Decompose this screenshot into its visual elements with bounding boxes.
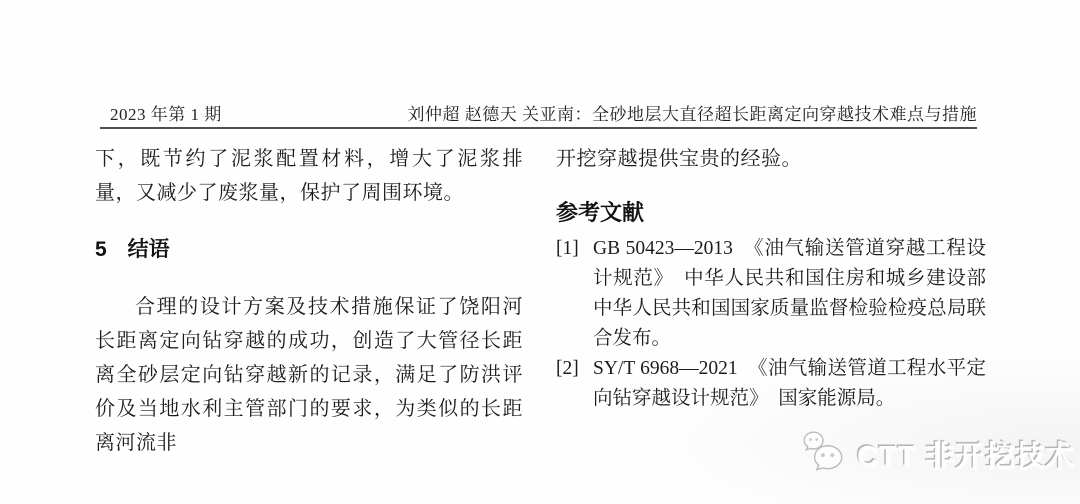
- watermark-text: CTT 非开挖技术: [857, 434, 1075, 475]
- reference-item: [2] SY/T 6968—2021 《油气输送管道工程水平定向钻穿越设计规范》…: [556, 354, 986, 414]
- reference-list: [1] GB 50423—2013 《油气输送管道穿越工程设计规范》 中华人民共…: [556, 234, 986, 414]
- left-paragraph-continuation: 下，既节约了泥浆配置材料，增大了泥浆排量，又减少了废浆量，保护了周围环境。: [95, 142, 523, 210]
- reference-label: [2]: [556, 354, 579, 384]
- header-issue: 2023 年第 1 期: [110, 100, 222, 125]
- references-heading: 参考文献: [556, 198, 986, 228]
- header-running-title: 刘仲超 赵德天 关亚南：全砂地层大直径超长距离定向穿越技术难点与措施: [408, 100, 978, 125]
- header-rule: [100, 127, 977, 129]
- reference-label: [1]: [556, 234, 579, 264]
- reference-text: GB 50423—2013 《油气输送管道穿越工程设计规范》 中华人民共和国住房…: [593, 238, 986, 349]
- right-paragraph-continuation: 开挖穿越提供宝贵的经验。: [556, 142, 986, 176]
- right-column: 开挖穿越提供宝贵的经验。 参考文献 [1] GB 50423—2013 《油气输…: [556, 142, 986, 414]
- left-column: 下，既节约了泥浆配置材料，增大了泥浆排量，又减少了废浆量，保护了周围环境。 5 …: [95, 142, 523, 460]
- reference-text: SY/T 6968—2021 《油气输送管道工程水平定向钻穿越设计规范》 国家能…: [593, 358, 986, 409]
- section-heading-conclusion: 5 结语: [95, 236, 523, 264]
- conclusion-paragraph: 合理的设计方案及技术措施保证了饶阳河长距离定向钻穿越的成功，创造了大管径长距离全…: [95, 290, 523, 460]
- journal-page: 2023 年第 1 期 刘仲超 赵德天 关亚南：全砂地层大直径超长距离定向穿越技…: [0, 0, 1080, 504]
- reference-item: [1] GB 50423—2013 《油气输送管道穿越工程设计规范》 中华人民共…: [556, 234, 986, 354]
- watermark: CTT 非开挖技术: [800, 430, 1075, 479]
- wechat-icon: [800, 430, 848, 479]
